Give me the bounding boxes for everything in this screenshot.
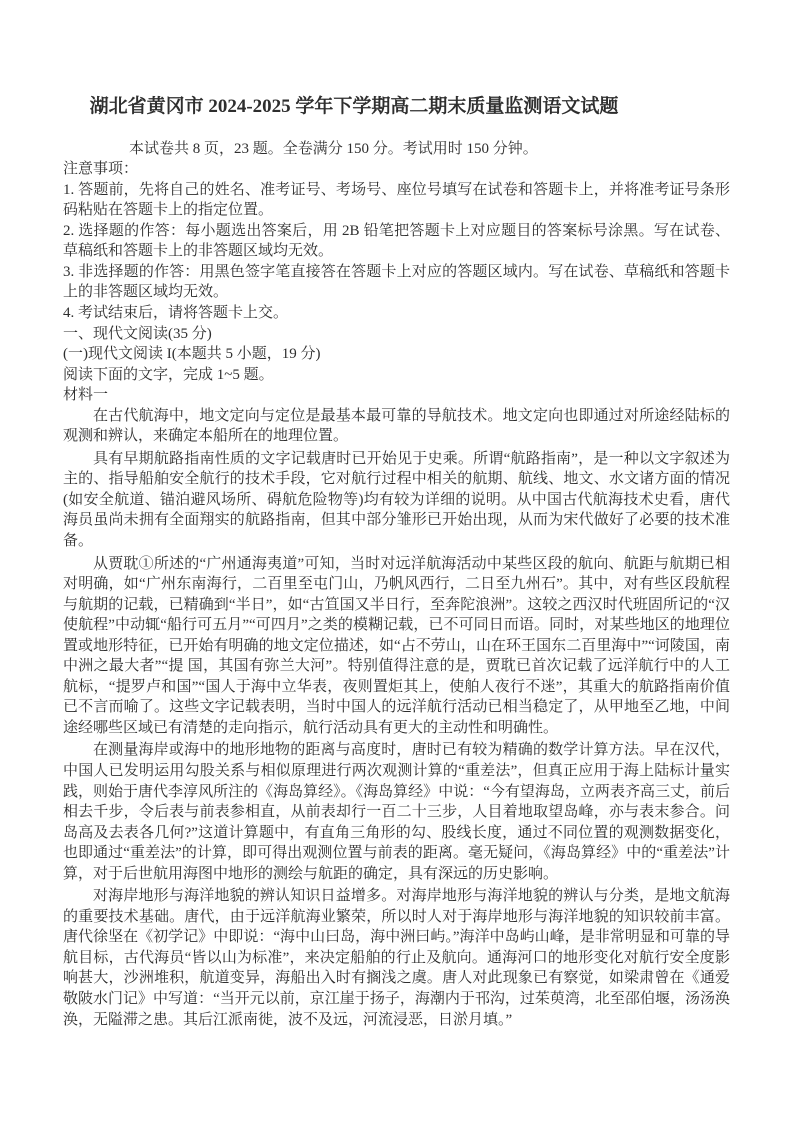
material-one-paragraph-2: 具有早期航路指南性质的文字记载唐时已开始见于史乘。所谓“航路指南”，是一种以文字…	[63, 449, 730, 552]
subsection-heading-reading-1: (一)现代文阅读 I(本题共 5 小题，19 分)	[63, 344, 730, 365]
material-one-label: 材料一	[63, 385, 730, 406]
material-one-paragraph-5: 对海岸地形与海洋地貌的辨认知识日益增多。对海岸地形与海洋地貌的辨认与分类，是地文…	[63, 886, 730, 1030]
reading-instruction: 阅读下面的文字，完成 1~5 题。	[63, 365, 730, 386]
page-title: 湖北省黄冈市 2024-2025 学年下学期高二期末质量监测语文试题	[63, 94, 645, 121]
material-one-paragraph-3: 从贾耽①所述的“广州通海夷道”可知，当时对远洋航海活动中某些区段的航向、航距与航…	[63, 554, 730, 739]
exam-paper-page: 湖北省黄冈市 2024-2025 学年下学期高二期末质量监测语文试题 本试卷共 …	[0, 0, 793, 1122]
material-one-paragraph-1: 在古代航海中，地文定向与定位是最基本最可靠的导航技术。地文定向也即通过对所途经陆…	[63, 406, 730, 447]
section-heading-modern-reading: 一、现代文阅读(35 分)	[63, 324, 730, 345]
notice-item-4: 4. 考试结束后，请将答题卡上交。	[63, 303, 730, 324]
notice-heading: 注意事项：	[63, 159, 730, 180]
material-one-paragraph-4: 在测量海岸或海中的地形地物的距离与高度时，唐时已有较为精确的数学计算方法。早在汉…	[63, 740, 730, 884]
notice-item-1: 1. 答题前，先将自己的姓名、准考证号、考场号、座位号填写在试卷和答题卡上，并将…	[63, 180, 730, 221]
notice-item-3: 3. 非选择题的作答：用黑色签字笔直接答在答题卡上对应的答题区域内。写在试卷、草…	[63, 262, 730, 303]
exam-info-line: 本试卷共 8 页，23 题。全卷满分 150 分。考试用时 150 分钟。	[63, 139, 730, 160]
notice-item-2: 2. 选择题的作答：每小题选出答案后，用 2B 铅笔把答题卡上对应题目的答案标号…	[63, 221, 730, 262]
